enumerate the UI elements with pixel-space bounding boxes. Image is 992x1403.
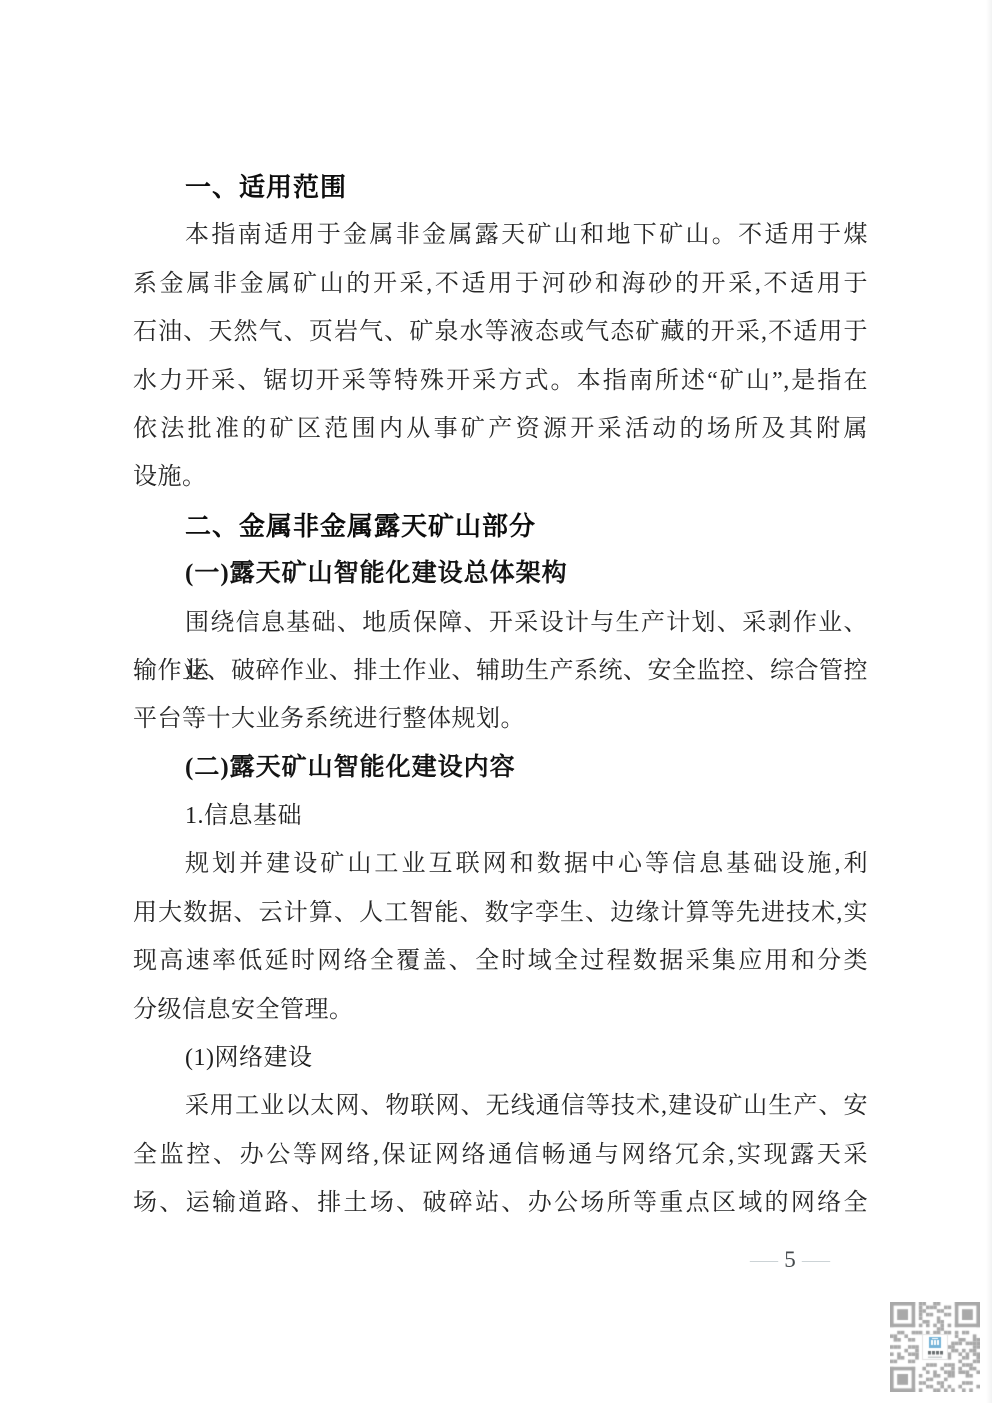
text-line: (一)露天矿山智能化建设总体架构 (133, 550, 868, 598)
text-line: 分级信息安全管理。 (133, 986, 868, 1034)
text-line: 系金属非金属矿山的开采,不适用于河砂和海砂的开采,不适用于 (133, 260, 868, 308)
text-line: 采用工业以太网、物联网、无线通信等技术,建设矿山生产、安 (133, 1082, 868, 1130)
page-number: 5 (784, 1247, 796, 1273)
paragraph-scope: 本指南适用于金属非金属露天矿山和地下矿山。不适用于煤系金属非金属矿山的开采,不适… (133, 211, 868, 501)
text-line: 规划并建设矿山工业互联网和数据中心等信息基础设施,利 (133, 840, 868, 888)
text-line: 1.信息基础 (133, 792, 868, 840)
document-body: 一、适用范围本指南适用于金属非金属露天矿山和地下矿山。不适用于煤系金属非金属矿山… (133, 163, 868, 1228)
text-line: 石油、天然气、页岩气、矿泉水等液态或气态矿藏的开采,不适用于 (133, 308, 868, 356)
text-line: 依法批准的矿区范围内从事矿产资源开采活动的场所及其附属 (133, 405, 868, 453)
text-line: 全监控、办公等网络,保证网络通信畅通与网络冗余,实现露天采 (133, 1131, 868, 1179)
footer-dash-right: — (802, 1249, 830, 1272)
text-line: 现高速率低延时网络全覆盖、全时域全过程数据采集应用和分类 (133, 937, 868, 985)
qr-code-container (889, 1301, 981, 1393)
numbered-heading-info-foundation: 1.信息基础 (133, 792, 868, 840)
numbered-heading-network: (1)网络建设 (133, 1034, 868, 1082)
sub-heading-construction-content: (二)露天矿山智能化建设内容 (133, 744, 868, 792)
page-footer: — 5 — (700, 1240, 880, 1280)
text-line: (二)露天矿山智能化建设内容 (133, 744, 868, 792)
sub-heading-overall-architecture: (一)露天矿山智能化建设总体架构 (133, 550, 868, 598)
text-line: 围绕信息基础、地质保障、开采设计与生产计划、采剥作业、运 (133, 599, 868, 647)
text-line: 设施。 (133, 453, 868, 501)
footer-dash-left: — (750, 1249, 778, 1272)
text-line: 用大数据、云计算、人工智能、数字孪生、边缘计算等先进技术,实 (133, 889, 868, 937)
text-line: 水力开采、锯切开采等特殊开采方式。本指南所述“矿山”,是指在 (133, 357, 868, 405)
document-page: 一、适用范围本指南适用于金属非金属露天矿山和地下矿山。不适用于煤系金属非金属矿山… (0, 0, 992, 1403)
text-line: 平台等十大业务系统进行整体规划。 (133, 695, 868, 743)
text-line: 二、金属非金属露天矿山部分 (133, 502, 868, 550)
paragraph-network: 采用工业以太网、物联网、无线通信等技术,建设矿山生产、安全监控、办公等网络,保证… (133, 1082, 868, 1227)
section-heading-1: 一、适用范围 (133, 163, 868, 211)
text-line: 场、运输道路、排土场、破碎站、办公场所等重点区域的网络全 (133, 1179, 868, 1227)
text-line: (1)网络建设 (133, 1034, 868, 1082)
section-heading-2: 二、金属非金属露天矿山部分 (133, 502, 868, 550)
text-line: 本指南适用于金属非金属露天矿山和地下矿山。不适用于煤 (133, 211, 868, 259)
text-line: 输作业、破碎作业、排土作业、辅助生产系统、安全监控、综合管控 (133, 647, 868, 695)
paragraph-architecture: 围绕信息基础、地质保障、开采设计与生产计划、采剥作业、运输作业、破碎作业、排土作… (133, 599, 868, 744)
text-line: 一、适用范围 (133, 163, 868, 211)
paragraph-info-foundation: 规划并建设矿山工业互联网和数据中心等信息基础设施,利用大数据、云计算、人工智能、… (133, 840, 868, 1034)
qr-code (890, 1302, 980, 1392)
